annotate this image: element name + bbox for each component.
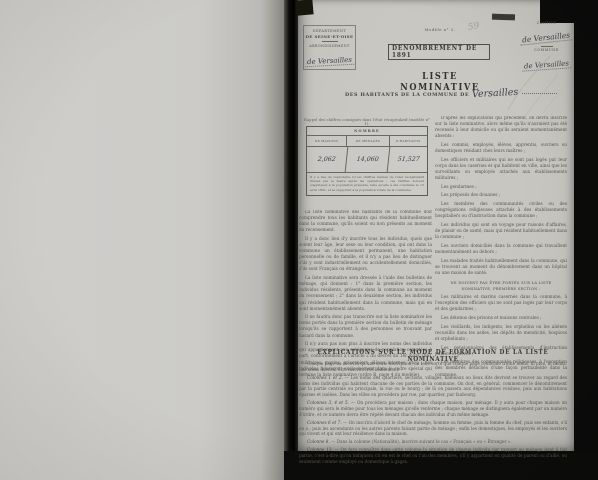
instruction-paragraph: Les individus qui sont en voyage pour ra…	[435, 223, 567, 241]
instruction-paragraph: Il y a donc lieu d'y inscrire tous les i…	[299, 237, 432, 274]
instruction-paragraph: Les membres des communautés civiles ou d…	[435, 202, 567, 220]
instruction-paragraph: Il ne faudra donc pas transcrire sur la …	[299, 315, 432, 339]
departement-label: DÉPARTEMENT	[304, 29, 355, 33]
explanation-paragraph: Chaque page ne recevra qu'une seule insc…	[299, 361, 567, 373]
arrondissement-label: ARRONDISSEMENT	[304, 44, 355, 48]
commune-name-handwritten: Versailles	[472, 87, 519, 100]
explanation-paragraph: Colonnes 1 et 2. — Les noms des quartier…	[299, 375, 567, 398]
instruction-paragraph: Les détenus des prisons et maisons centr…	[435, 316, 567, 322]
departement-stamp: DÉPARTEMENT DE SEINE-ET-OISE ARRONDISSEM…	[303, 25, 356, 70]
departement-name: DE SEINE-ET-OISE	[304, 34, 355, 39]
explanations-body: Chaque page ne recevra qu'une seule insc…	[299, 361, 567, 467]
instruction-paragraph: D'après les explications qui précèdent, …	[435, 116, 567, 140]
pencil-annotation: 59	[467, 21, 480, 33]
value-habitants: 51,527	[388, 147, 428, 172]
instruction-paragraph: Les ouvriers domiciliés dans la commune …	[435, 244, 567, 256]
column-reference: Colonnes 3, 4 et 5. —	[307, 400, 355, 405]
instruction-paragraph: Les préposés des douanes ;	[435, 193, 567, 199]
column-header-menages: DE MÉNAGES	[347, 136, 389, 146]
arrondissement-handwritten-value: de Versailles	[305, 55, 354, 67]
value-maisons: 2,062	[306, 147, 349, 172]
instruction-warning-line: NE DOIVENT PAS ÊTRE PORTÉS SUR LA LISTE …	[435, 280, 567, 292]
ink-dash-top-center	[492, 14, 515, 21]
column-header-habitants: D'HABITANTS	[390, 136, 427, 146]
scan-edge-right	[574, 0, 598, 480]
value-menages: 14,060	[346, 147, 391, 172]
explanation-paragraph: Colonnes 3, 4 et 5. — On procédera par m…	[299, 400, 567, 417]
explanation-text: On fera connaître dans cette colonne la …	[299, 447, 567, 464]
summary-table-header: NOMBRE	[307, 127, 427, 136]
book-spine	[284, 0, 298, 480]
column-reference: Colonnes 6 et 7. —	[307, 420, 347, 425]
instruction-paragraph: Les malades traités habituellement dans …	[435, 259, 567, 277]
canton-label: CANTON	[520, 21, 573, 25]
stamp-divider	[322, 41, 338, 42]
column-reference: Colonne 13. —	[307, 447, 339, 452]
explanation-text: Chaque page ne recevra qu'une seule insc…	[299, 361, 567, 372]
denombrement-box: DÉNOMBREMENT DE 1891	[388, 44, 490, 60]
scanner-blank-area	[0, 0, 284, 480]
summary-table-column-headers: DE MAISONS DE MÉNAGES D'HABITANTS	[307, 136, 427, 147]
explanation-paragraph: Colonne 13. — On fera connaître dans cet…	[299, 447, 567, 464]
instruction-paragraph: Les commis, employés, élèves, apprentis,…	[435, 143, 567, 155]
summary-table-caption: Rappel des chiffres consignés dans l'éta…	[304, 118, 430, 126]
page-subtitle: DES HABITANTS DE LA COMMUNE DE Versaille…	[345, 88, 557, 99]
commune-label: COMMUNE	[520, 48, 573, 52]
summary-table-values-row: 2,062 14,060 51,527	[307, 147, 427, 173]
canton-handwritten-value: de Versailles	[520, 30, 573, 45]
ink-blot-top-left	[295, 0, 313, 16]
summary-table-note: Il y a lieu de reproduire ici les chiffr…	[307, 173, 427, 195]
instruction-paragraph: Les vieillards, les indigents, les orphe…	[435, 325, 567, 343]
explanation-paragraph: Colonne 8. — Dans la colonne (Nationalit…	[299, 439, 567, 445]
instruction-paragraph: Les militaires et marins casernés dans l…	[435, 295, 567, 313]
dotted-leader	[522, 93, 557, 94]
stamp-divider	[541, 46, 553, 47]
canton-commune-stamp: CANTON de Versailles COMMUNE de Versaill…	[520, 20, 573, 68]
instruction-paragraph: La liste nominative des habitants de la …	[299, 210, 432, 234]
form-model-note: Modèle n° 2.	[414, 27, 466, 32]
explanation-text: Dans la colonne (Nationalité), inscrire …	[337, 439, 512, 444]
denombrement-title: DÉNOMBREMENT DE 1891	[392, 45, 486, 59]
scanned-census-register: Versailles. — Imprimerie Cerf. DÉPARTEME…	[0, 0, 598, 480]
explanation-paragraph: Colonnes 6 et 7. — On inscrira d'abord l…	[299, 420, 567, 437]
instructions-right-column: D'après les explications qui précèdent, …	[435, 116, 567, 381]
summary-table: NOMBRE DE MAISONS DE MÉNAGES D'HABITANTS…	[306, 126, 428, 196]
column-reference: Colonne 8. —	[307, 439, 335, 444]
column-header-maisons: DE MAISONS	[307, 136, 347, 146]
subtitle-prefix: DES HABITANTS DE LA COMMUNE DE	[345, 92, 469, 98]
column-reference: Colonnes 1 et 2. —	[307, 375, 349, 380]
instruction-paragraph: Les gendarmes ;	[435, 185, 567, 191]
printer-imprint: Versailles. — Imprimerie Cerf.	[281, 118, 285, 192]
instruction-paragraph: La liste nominative sera dressée à l'aid…	[299, 276, 432, 313]
commune-handwritten-value: de Versailles	[522, 59, 571, 71]
instruction-paragraph: Les officiers et militaires qui ne sont …	[435, 158, 567, 182]
